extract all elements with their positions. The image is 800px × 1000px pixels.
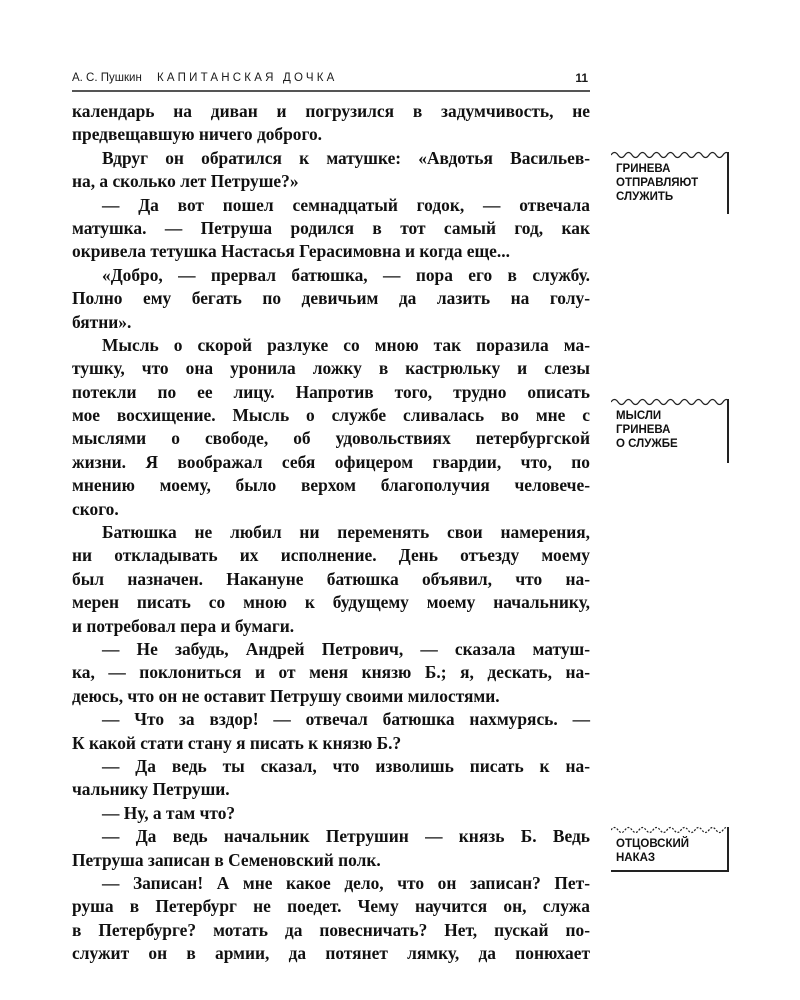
text-line: на, а сколько лет Петруше?» <box>72 170 590 193</box>
text-line: предвещавшую ничего доброго. <box>72 123 590 146</box>
text-line: мнению моему, было верхом благополучия ч… <box>72 474 590 497</box>
text-line: бятни». <box>72 311 590 334</box>
text-line: Вдруг он обратился к матушке: «Авдотья В… <box>72 147 590 170</box>
text-line: Мысль о скорой разлуке со мною так пораз… <box>72 334 590 357</box>
wavy-border-icon <box>611 397 729 407</box>
page-number: 11 <box>575 70 588 86</box>
margin-note-line: О СЛУЖБЕ <box>616 437 727 451</box>
header-author: А. С. Пушкин <box>72 72 142 84</box>
margin-note-line: НАКАЗ <box>616 851 727 865</box>
text-line: руша в Петербург не поедет. Чему научитс… <box>72 895 590 918</box>
text-line: был назначен. Накануне батюшка объявил, … <box>72 568 590 591</box>
text-line: — Да ведь начальник Петрушин — князь Б. … <box>72 825 590 848</box>
body-text: календарь на диван и погрузился в задумч… <box>72 100 590 965</box>
margin-note-line: ОТПРАВЛЯЮТ <box>616 176 727 190</box>
text-line: служит он в армии, да потянет лямку, да … <box>72 942 590 965</box>
margin-note-bottom-rule <box>611 870 729 872</box>
text-line: мерен писать со мною к будущему моему на… <box>72 591 590 614</box>
margin-note-line: МЫСЛИ <box>616 409 727 423</box>
text-line: календарь на диван и погрузился в задумч… <box>72 100 590 123</box>
header-book-title: КАПИТАНСКАЯ ДОЧКА <box>157 72 337 84</box>
text-line: в Петербурге? мотать да повесничать? Нет… <box>72 919 590 942</box>
text-line: — Не забудь, Андрей Петрович, — сказала … <box>72 638 590 661</box>
text-line: «Добро, — прервал батюшка, — пора его в … <box>72 264 590 287</box>
margin-note-line: СЛУЖИТЬ <box>616 190 727 204</box>
text-line: матушка. — Петруша родился в тот самый г… <box>72 217 590 240</box>
text-line: тушку, что она уронила ложку в кастрюльк… <box>72 357 590 380</box>
text-line: Батюшка не любил ни переменять свои наме… <box>72 521 590 544</box>
margin-note-rule <box>727 827 729 871</box>
text-line: ского. <box>72 498 590 521</box>
text-line: жизни. Я воображал себя офицером гвардии… <box>72 451 590 474</box>
text-line: мыслями о свободе, об удовольствиях пете… <box>72 427 590 450</box>
margin-note-grinev-sent-to-serve: ГРИНЕВА ОТПРАВЛЯЮТ СЛУЖИТЬ <box>607 160 727 204</box>
text-line: потекли по ее лицу. Напротив того, трудн… <box>72 381 590 404</box>
margin-note-line: ГРИНЕВА <box>616 423 727 437</box>
text-line: ка, — поклониться и от меня князю Б.; я,… <box>72 661 590 684</box>
text-line: деюсь, что он не оставит Петрушу своими … <box>72 685 590 708</box>
margin-note-grinev-thoughts-on-service: МЫСЛИ ГРИНЕВА О СЛУЖБЕ <box>607 407 727 451</box>
dotted-border-icon <box>611 825 729 835</box>
running-header: А. С. Пушкин КАПИТАНСКАЯ ДОЧКА 11 <box>72 70 590 92</box>
text-line: — Ну, а там что? <box>72 802 590 825</box>
text-line: — Что за вздор! — отвечал батюшка нахмур… <box>72 708 590 731</box>
text-line: Полно ему бегать по девичьим да лазить н… <box>72 287 590 310</box>
text-line: ни откладывать их исполнение. День отъез… <box>72 544 590 567</box>
margin-note-rule <box>727 399 729 463</box>
text-line: окривела тетушка Настасья Герасимовна и … <box>72 240 590 263</box>
text-line: К какой стати стану я писать к князю Б.? <box>72 732 590 755</box>
margin-note-line: ОТЦОВСКИЙ <box>616 837 727 851</box>
margin-note-line: ГРИНЕВА <box>616 162 727 176</box>
text-line: — Записан! А мне какое дело, что он запи… <box>72 872 590 895</box>
text-line: — Да вот пошел семнадцатый годок, — отве… <box>72 194 590 217</box>
text-line: — Да ведь ты сказал, что изволишь писать… <box>72 755 590 778</box>
text-line: и потребовал пера и бумаги. <box>72 615 590 638</box>
text-line: мое восхищение. Мысль о службе сливалась… <box>72 404 590 427</box>
wavy-border-icon <box>611 150 729 160</box>
margin-note-fathers-instruction: ОТЦОВСКИЙ НАКАЗ <box>607 835 727 865</box>
text-line: Петруша записан в Семеновский полк. <box>72 849 590 872</box>
margin-note-rule <box>727 152 729 214</box>
text-line: чальнику Петруши. <box>72 778 590 801</box>
